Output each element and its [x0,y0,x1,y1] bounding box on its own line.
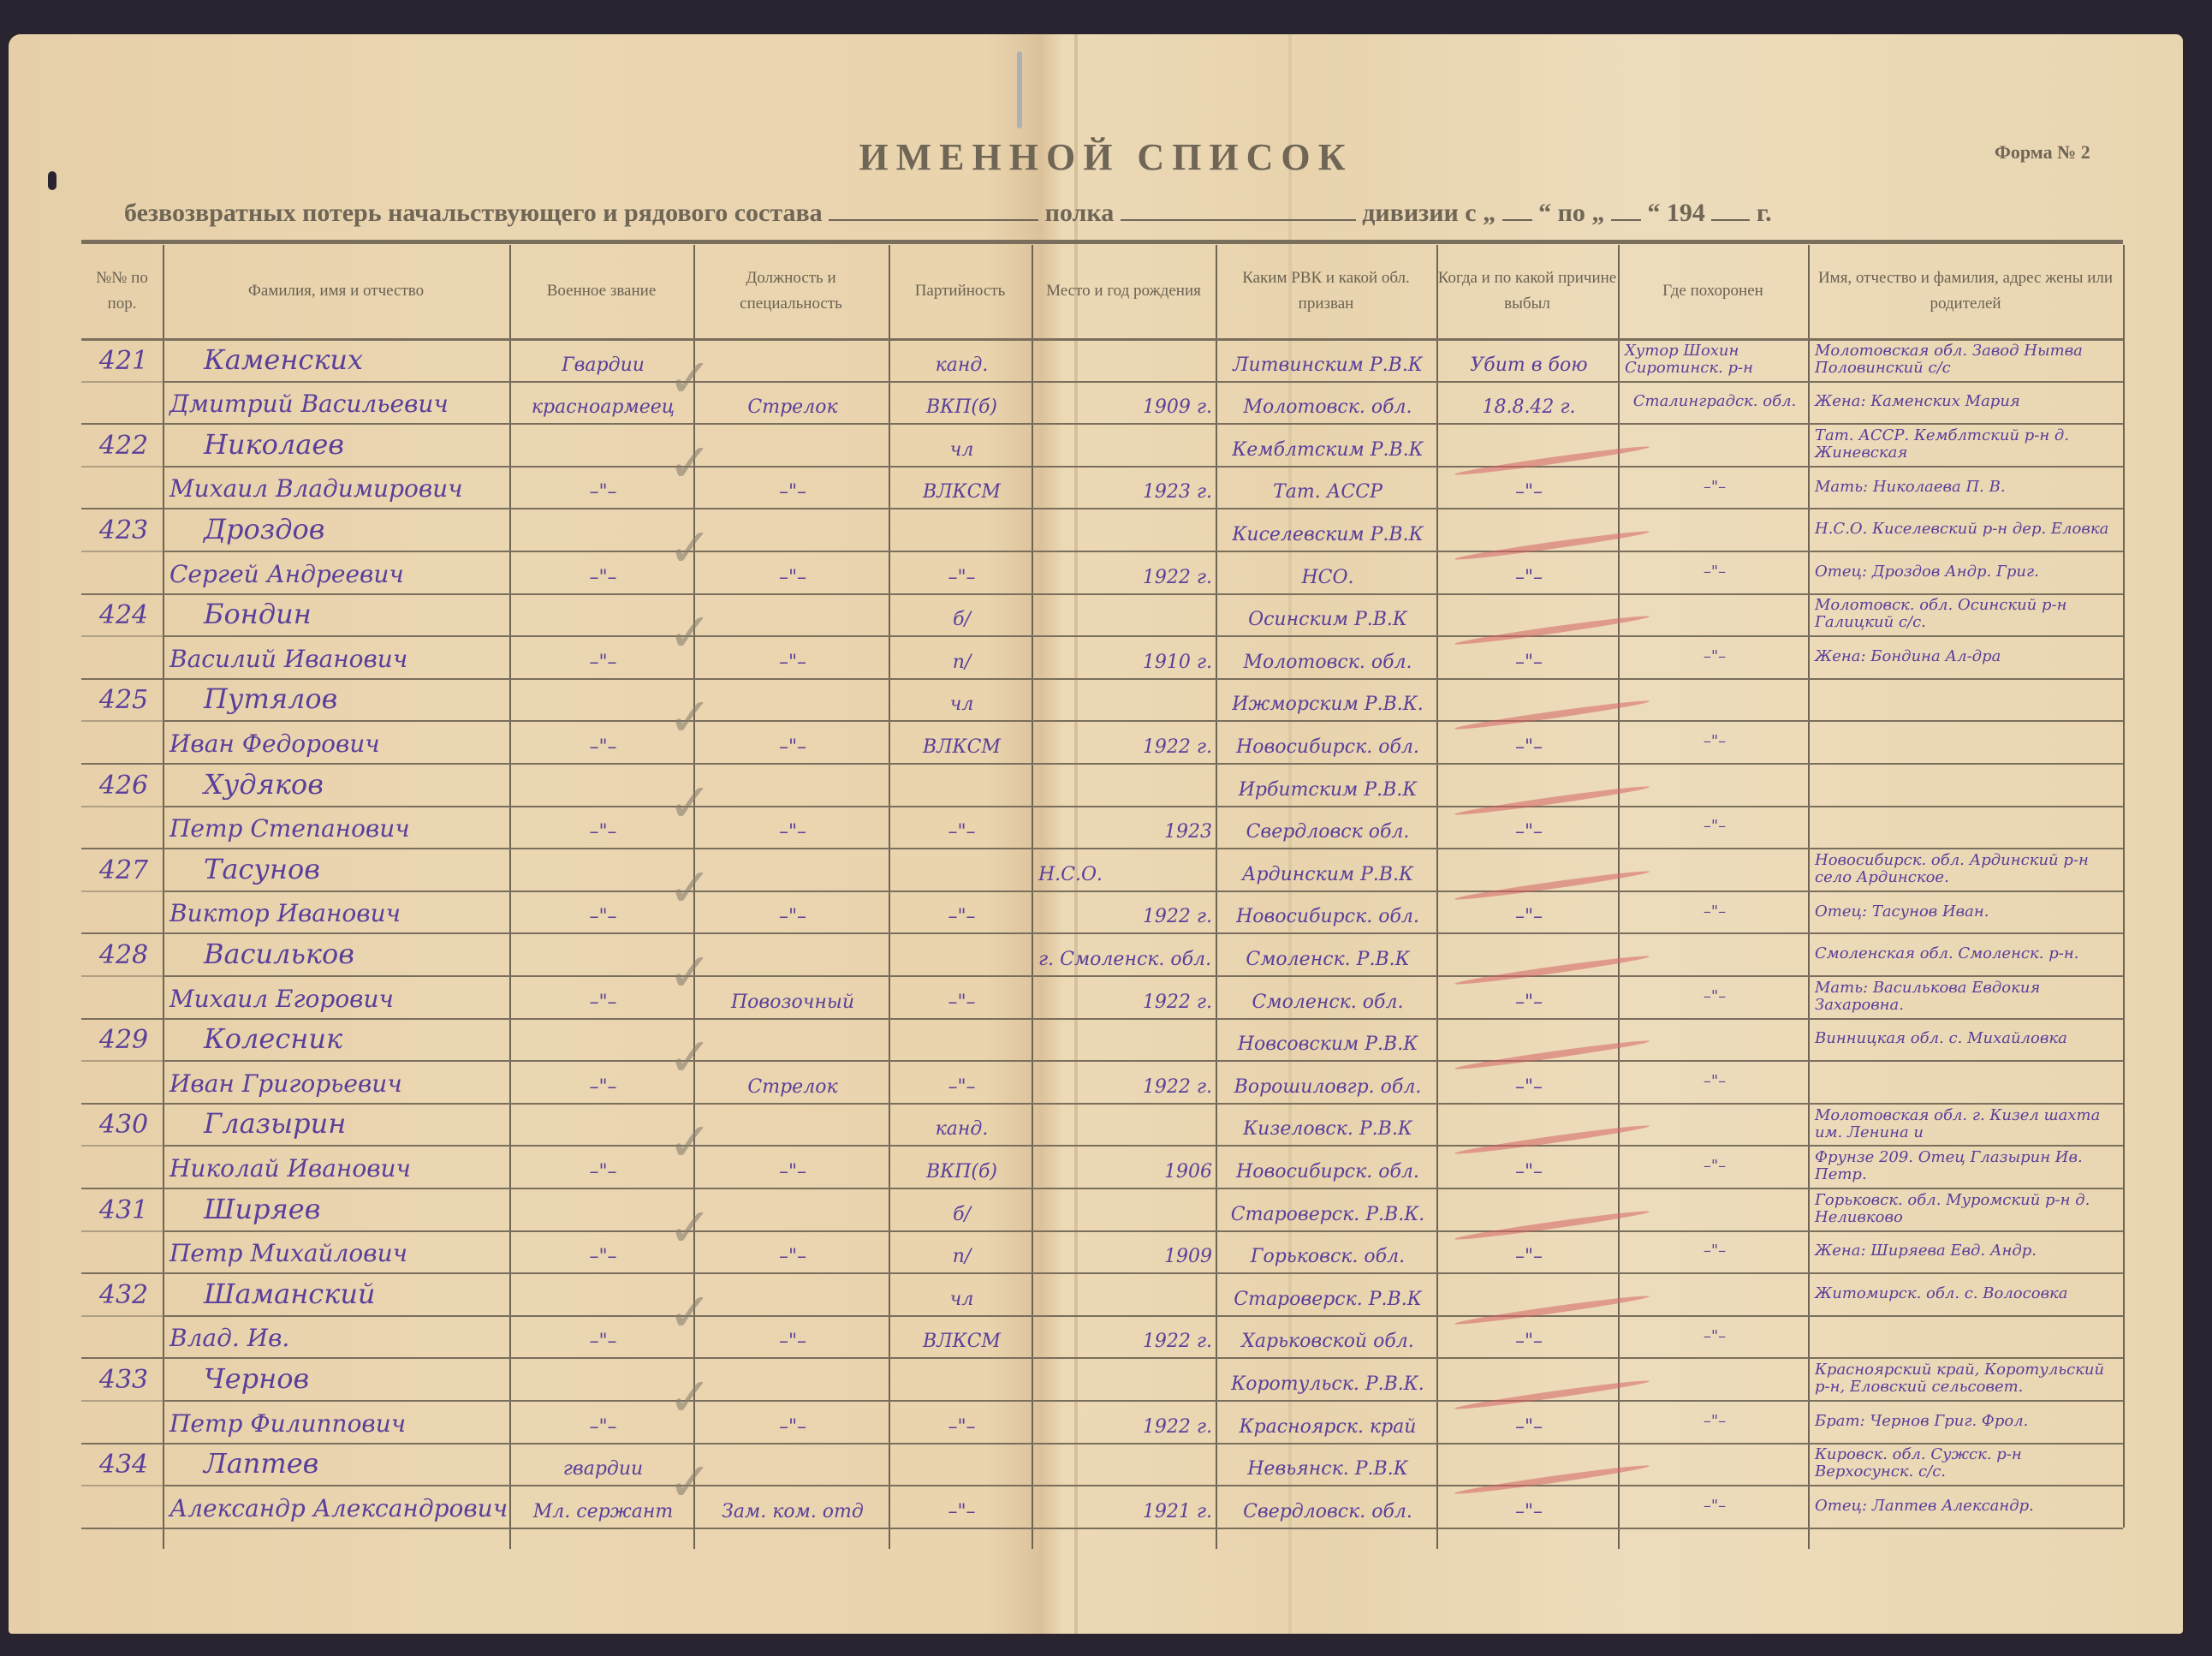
record-birthplace [1038,338,1212,381]
record-surname: Глазырин [169,1103,506,1146]
document-title: ИМЕННОЙ СПИСОК [0,135,2212,179]
record-birthplace [1038,1272,1212,1315]
record-rvk: Ирбитским Р.В.К [1222,763,1433,806]
record-region: Ворошиловгр. обл. [1222,1060,1433,1103]
column-divider [1618,245,1620,1549]
record-party-line1 [895,932,1028,975]
record-number: 424 [88,593,159,636]
row-divider [81,720,163,722]
record-relative-name [1815,1060,2120,1103]
record-party-line1: б/ [895,593,1028,636]
record-rvk: Кизеловск. Р.В.К [1222,1103,1433,1146]
record-burial-place [1625,593,1805,636]
record-position: Стрелок [700,1060,885,1103]
record-relative-address: Винницкая обл. с. Михайловка [1815,1018,2120,1061]
record-birthplace [1038,1357,1212,1400]
record-party-line1 [895,763,1028,806]
date-to-blank [1611,199,1641,221]
check-mark-icon: ✓ [668,432,712,494]
column-divider [1808,245,1810,1549]
record-position: –"– [700,1400,885,1443]
record-rank-line1: гвардии [516,1443,690,1486]
record-party-line2: п/ [895,1230,1028,1273]
record-given-names: Николай Иванович [169,1145,506,1188]
record-surname: Чернов [169,1357,506,1400]
column-divider [1032,245,1033,1549]
record-position: –"– [700,1230,885,1273]
record-party-line2: ВЛКСМ [895,1315,1028,1358]
record-relative-name: Мать: Николаева П. В. [1815,466,2120,509]
record-rank-line2: –"– [516,891,690,933]
record-rank-line1 [516,763,690,806]
record-rank-line2: –"– [516,635,690,678]
row-divider [81,1315,163,1317]
record-birth-year: 1922 г. [1038,891,1212,933]
record-region: Молотовск. обл. [1222,381,1433,424]
record-given-names: Петр Степанович [169,806,506,849]
record-burial-place: Хутор Шохин Сиротинск. р-н [1625,338,1805,381]
record-burial-region: –"– [1625,1400,1805,1443]
date-from-blank [1502,199,1532,221]
row-divider [163,1528,2123,1529]
document-subtitle: безвозвратных потерь начальствующего и р… [124,199,1772,228]
record-burial-region: –"– [1625,975,1805,1018]
record-region: Смоленск. обл. [1222,975,1433,1018]
record-given-names: Иван Григорьевич [169,1060,506,1103]
record-party-line1 [895,508,1028,551]
record-number: 431 [88,1188,159,1230]
record-position: –"– [700,551,885,593]
check-mark-icon: ✓ [668,601,712,664]
record-rank-line1 [516,593,690,636]
record-rank-line2: Мл. сержант [516,1485,690,1528]
check-mark-icon: ✓ [668,771,712,834]
check-mark-icon: ✓ [668,941,712,1004]
record-burial-place [1625,423,1805,466]
check-mark-icon: ✓ [668,1196,712,1259]
record-cause [1443,508,1614,551]
record-relative-address: Молотовская обл. г. Кизел шахта им. Лени… [1815,1103,2120,1146]
header-rvk: Каким РВК и какой обл. призван [1216,245,1436,337]
record-rank-line2: –"– [516,806,690,849]
record-number: 423 [88,508,159,551]
record-cause [1443,423,1614,466]
record-rvk: Староверск. Р.В.К. [1222,1188,1433,1230]
record-surname: Николаев [169,423,506,466]
row-divider [81,1400,163,1402]
record-relative-name: Мать: Василькова Евдокия Захаровна. [1815,975,2120,1018]
record-burial-place [1625,508,1805,551]
record-given-names: Иван Федорович [169,720,506,763]
column-divider [163,245,164,1549]
record-rvk: Коротульск. Р.В.К. [1222,1357,1433,1400]
record-cause [1443,763,1614,806]
record-given-names: Петр Филиппович [169,1400,506,1443]
record-party-line1 [895,1018,1028,1061]
form-number: Форма № 2 [1995,141,2090,164]
record-relative-address: Смоленская обл. Смоленск. р-н. [1815,932,2120,975]
record-party-line2: ВКП(б) [895,1145,1028,1188]
record-relative-name: Жена: Ширяева Евд. Андр. [1815,1230,2120,1273]
record-birthplace [1038,1103,1212,1146]
record-relative-address: Горьковск. обл. Муромский р-н д. Неливко… [1815,1188,2120,1230]
record-party-line1 [895,1357,1028,1400]
record-position: –"– [700,806,885,849]
record-birthplace [1038,763,1212,806]
record-number: 422 [88,423,159,466]
column-divider [1216,245,1217,1549]
record-birth-year: 1922 г. [1038,975,1212,1018]
record-party-line2: ВЛКСМ [895,466,1028,509]
record-rank-line2: –"– [516,1230,690,1273]
record-region: Новосибирск. обл. [1222,720,1433,763]
record-relative-name [1815,806,2120,849]
record-burial-place [1625,1272,1805,1315]
record-surname: Путялов [169,678,506,721]
record-rvk: Киселевским Р.В.К [1222,508,1433,551]
record-party-line1: канд. [895,1103,1028,1146]
row-divider [81,1528,163,1529]
record-rank-line2: –"– [516,551,690,593]
record-party-line2: ВЛКСМ [895,720,1028,763]
record-burial-region: –"– [1625,1485,1805,1528]
row-divider [81,551,163,552]
record-rank-line1 [516,423,690,466]
row-divider [81,466,163,468]
record-relative-name: Брат: Чернов Григ. Фрол. [1815,1400,2120,1443]
record-birth-year: 1909 [1038,1230,1212,1273]
record-surname: Лаптев [169,1443,506,1486]
record-burial-place [1625,932,1805,975]
record-party-line2: –"– [895,1060,1028,1103]
record-birthplace [1038,423,1212,466]
record-burial-place [1625,848,1805,891]
record-relative-address: Тат. АССР. Кемблтский р-н д. Жиневская [1815,423,2120,466]
record-relative-address: Кировск. обл. Сужск. р-н Верхосунск. с/с… [1815,1443,2120,1486]
record-surname: Шаманский [169,1272,506,1315]
row-divider [81,1230,163,1232]
year-blank [1711,199,1750,221]
record-birthplace [1038,1188,1212,1230]
record-region: Свердловск. обл. [1222,1485,1433,1528]
column-divider [1436,245,1438,1549]
record-rvk: Староверск. Р.В.К [1222,1272,1433,1315]
record-given-names: Василий Иванович [169,635,506,678]
record-party-line2: –"– [895,551,1028,593]
record-party-line1 [895,1443,1028,1486]
record-relative-address: Н.С.О. Киселевский р-н дер. Еловка [1815,508,2120,551]
row-divider [81,1485,163,1486]
record-position: –"– [700,1145,885,1188]
record-rvk: Ижморским Р.В.К. [1222,678,1433,721]
record-given-names: Михаил Владимирович [169,466,506,509]
row-divider [81,806,163,807]
record-party-line2: –"– [895,975,1028,1018]
record-position: Стрелок [700,381,885,424]
record-given-names: Дмитрий Васильевич [169,381,506,424]
record-birth-year: 1922 г. [1038,1315,1212,1358]
check-mark-icon: ✓ [668,686,712,748]
check-mark-icon: ✓ [668,1026,712,1088]
record-party-line2: –"– [895,1485,1028,1528]
row-divider [81,975,163,977]
subtitle-to: “ по „ [1538,199,1604,228]
record-burial-region: –"– [1625,466,1805,509]
record-region: Тат. АССР [1222,466,1433,509]
record-rank-line1 [516,678,690,721]
record-rank-line2: –"– [516,1400,690,1443]
record-surname: Дроздов [169,508,506,551]
row-divider [81,1060,163,1062]
record-position: –"– [700,1315,885,1358]
record-number: 428 [88,932,159,975]
record-relative-name [1815,1315,2120,1358]
record-region: Красноярск. край [1222,1400,1433,1443]
record-rank-line2: –"– [516,466,690,509]
record-birth-year: 1922 г. [1038,720,1212,763]
header-name: Фамилия, имя и отчество [163,245,509,337]
record-party-line2: –"– [895,891,1028,933]
record-rank-line1 [516,1272,690,1315]
record-rank-line2: –"– [516,975,690,1018]
record-cause [1443,1272,1614,1315]
header-birth: Место и год рождения [1032,245,1216,337]
record-burial-region: –"– [1625,891,1805,933]
record-given-names: Виктор Иванович [169,891,506,933]
record-position: –"– [700,720,885,763]
record-relative-address: Молотовск. обл. Осинский р-н Галицкий с/… [1815,593,2120,636]
record-relative-name: Отец: Тасунов Иван. [1815,891,2120,933]
record-number: 425 [88,678,159,721]
header-number: №№ по пор. [81,245,163,337]
record-surname: Бондин [169,593,506,636]
record-region: Новосибирск. обл. [1222,891,1433,933]
record-cause: Убит в бою [1443,338,1614,381]
column-divider [509,245,511,1549]
record-party-line2: п/ [895,635,1028,678]
record-surname: Тасунов [169,848,506,891]
subtitle-text: безвозвратных потерь начальствующего и р… [124,199,823,228]
record-surname: Ширяев [169,1188,506,1230]
record-birthplace [1038,678,1212,721]
header-position: Должность и специальность [693,245,889,337]
record-cause [1443,1357,1614,1400]
record-birth-year: 1921 г. [1038,1485,1212,1528]
record-relative-address: Молотовская обл. Завод Нытва Половинский… [1815,338,2120,381]
record-number: 427 [88,848,159,891]
record-party-line2: –"– [895,806,1028,849]
record-rank-line2: –"– [516,1315,690,1358]
record-birth-year: 1922 г. [1038,1400,1212,1443]
record-birthplace [1038,1018,1212,1061]
record-relative-name: Отец: Лаптев Александр. [1815,1485,2120,1528]
record-position: –"– [700,891,885,933]
row-divider [81,1145,163,1147]
record-birthplace [1038,593,1212,636]
record-given-names: Влад. Ив. [169,1315,506,1358]
record-region: Горьковск. обл. [1222,1230,1433,1273]
record-birth-year: 1910 г. [1038,635,1212,678]
record-rvk: Осинским Р.В.К [1222,593,1433,636]
record-party-line1: чл [895,678,1028,721]
record-birth-year: 1906 [1038,1145,1212,1188]
record-party-line1: чл [895,1272,1028,1315]
record-cause [1443,1188,1614,1230]
record-surname: Худяков [169,763,506,806]
record-birthplace [1038,1443,1212,1486]
record-rvk: Ардинским Р.В.К [1222,848,1433,891]
record-rank-line1: Гвардии [516,338,690,381]
row-divider [81,891,163,892]
record-relative-address: Новосибирск. обл. Ардинский р-н село Ард… [1815,848,2120,891]
header-rank: Военное звание [509,245,693,337]
record-surname: Колесник [169,1018,506,1061]
record-given-names: Петр Михайлович [169,1230,506,1273]
record-number: 434 [88,1443,159,1486]
record-burial-region: –"– [1625,1230,1805,1273]
record-given-names: Александр Александрович [169,1485,506,1528]
row-divider [81,381,163,383]
record-number: 421 [88,338,159,381]
record-position: –"– [700,635,885,678]
record-burial-place [1625,1103,1805,1146]
check-mark-icon: ✓ [668,1450,712,1513]
record-burial-region: –"– [1625,1315,1805,1358]
record-number: 432 [88,1272,159,1315]
check-mark-icon: ✓ [668,1366,712,1428]
record-party-line1: чл [895,423,1028,466]
record-burial-place [1625,1443,1805,1486]
record-number: 433 [88,1357,159,1400]
record-burial-region: –"– [1625,1060,1805,1103]
division-blank [1121,199,1356,221]
record-burial-region: Сталинградск. обл. [1625,381,1805,424]
record-region: Свердловск обл. [1222,806,1433,849]
record-birth-year: 1922 г. [1038,551,1212,593]
record-region: НСО. [1222,551,1433,593]
record-position: Зам. ком. отд [700,1485,885,1528]
record-cause [1443,932,1614,975]
record-cause [1443,848,1614,891]
record-given-names: Михаил Егорович [169,975,506,1018]
record-surname: Каменских [169,338,506,381]
record-relative-name: Жена: Каменских Мария [1815,381,2120,424]
record-birthplace: г. Смоленск. обл. [1038,932,1212,975]
regiment-blank [829,199,1038,221]
record-rank-line2: –"– [516,1145,690,1188]
record-party-line2: ВКП(б) [895,381,1028,424]
record-party-line1: б/ [895,1188,1028,1230]
header-buried: Где похоронен [1618,245,1808,337]
record-burial-region: –"– [1625,1145,1805,1188]
record-birth-year: 1909 г. [1038,381,1212,424]
record-date: 18.8.42 г. [1443,381,1614,424]
check-mark-icon: ✓ [668,1111,712,1173]
header-relatives: Имя, отчество и фамилия, адрес жены или … [1808,245,2123,337]
record-burial-region: –"– [1625,551,1805,593]
column-divider [889,245,890,1549]
row-divider [81,635,163,637]
record-birthplace: Н.С.О. [1038,848,1212,891]
record-rank-line1 [516,1103,690,1146]
subtitle-division: дивизии с „ [1362,199,1495,228]
record-burial-place [1625,1188,1805,1230]
record-position: Повозочный [700,975,885,1018]
record-burial-region: –"– [1625,720,1805,763]
record-relative-address [1815,763,2120,806]
record-number: 430 [88,1103,159,1146]
record-number: 429 [88,1018,159,1061]
record-relative-name: Фрунзе 209. Отец Глазырин Ив. Петр. [1815,1145,2120,1188]
record-region: Молотовск. обл. [1222,635,1433,678]
record-rank-line2: –"– [516,1060,690,1103]
subtitle-year-suffix: г. [1757,199,1772,228]
record-relative-name: Жена: Бондина Ал-дра [1815,635,2120,678]
record-relative-address [1815,678,2120,721]
column-divider [2123,245,2125,1528]
check-mark-icon: ✓ [668,856,712,919]
record-birth-year: 1922 г. [1038,1060,1212,1103]
header-party: Партийность [889,245,1032,337]
record-birth-year: 1923 г. [1038,466,1212,509]
record-rank-line1 [516,1018,690,1061]
record-burial-place [1625,763,1805,806]
record-burial-place [1625,678,1805,721]
record-burial-place [1625,1357,1805,1400]
record-given-names: Сергей Андреевич [169,551,506,593]
record-rvk: Смоленск. Р.В.К [1222,932,1433,975]
record-rvk: Невьянск. Р.В.К [1222,1443,1433,1486]
record-rvk: Кемблтским Р.В.К [1222,423,1433,466]
record-position: –"– [700,466,885,509]
check-mark-icon: ✓ [668,347,712,409]
record-relative-name [1815,720,2120,763]
record-burial-place [1625,1018,1805,1061]
record-region: Новосибирск. обл. [1222,1145,1433,1188]
record-rvk: Литвинским Р.В.К [1222,338,1433,381]
record-relative-name: Отец: Дроздов Андр. Григ. [1815,551,2120,593]
record-relative-address: Красноярский край, Коротульский р-н, Ело… [1815,1357,2120,1400]
subtitle-regiment: полка [1045,199,1115,228]
record-region: Харьковской обл. [1222,1315,1433,1358]
record-rank-line1 [516,932,690,975]
record-rank-line1 [516,508,690,551]
subtitle-year: “ 194 [1647,199,1705,228]
record-burial-region: –"– [1625,806,1805,849]
record-burial-region: –"– [1625,635,1805,678]
record-party-line2: –"– [895,1400,1028,1443]
header-rule [81,240,2123,244]
record-rank-line2: –"– [516,720,690,763]
record-rvk: Новсовским Р.В.К [1222,1018,1433,1061]
header-when: Когда и по какой причине выбыл [1436,245,1618,337]
record-rank-line1 [516,1357,690,1400]
record-surname: Васильков [169,932,506,975]
record-birthplace [1038,508,1212,551]
record-number: 426 [88,763,159,806]
record-birth-year: 1923 [1038,806,1212,849]
record-party-line1: канд. [895,338,1028,381]
record-rank-line1 [516,848,690,891]
check-mark-icon: ✓ [668,516,712,579]
record-rank-line2: красноармеец [516,381,690,424]
record-rank-line1 [516,1188,690,1230]
pencil-mark [1017,51,1022,128]
record-relative-address: Житомирск. обл. с. Волосовка [1815,1272,2120,1315]
check-mark-icon: ✓ [668,1281,712,1343]
record-party-line1 [895,848,1028,891]
